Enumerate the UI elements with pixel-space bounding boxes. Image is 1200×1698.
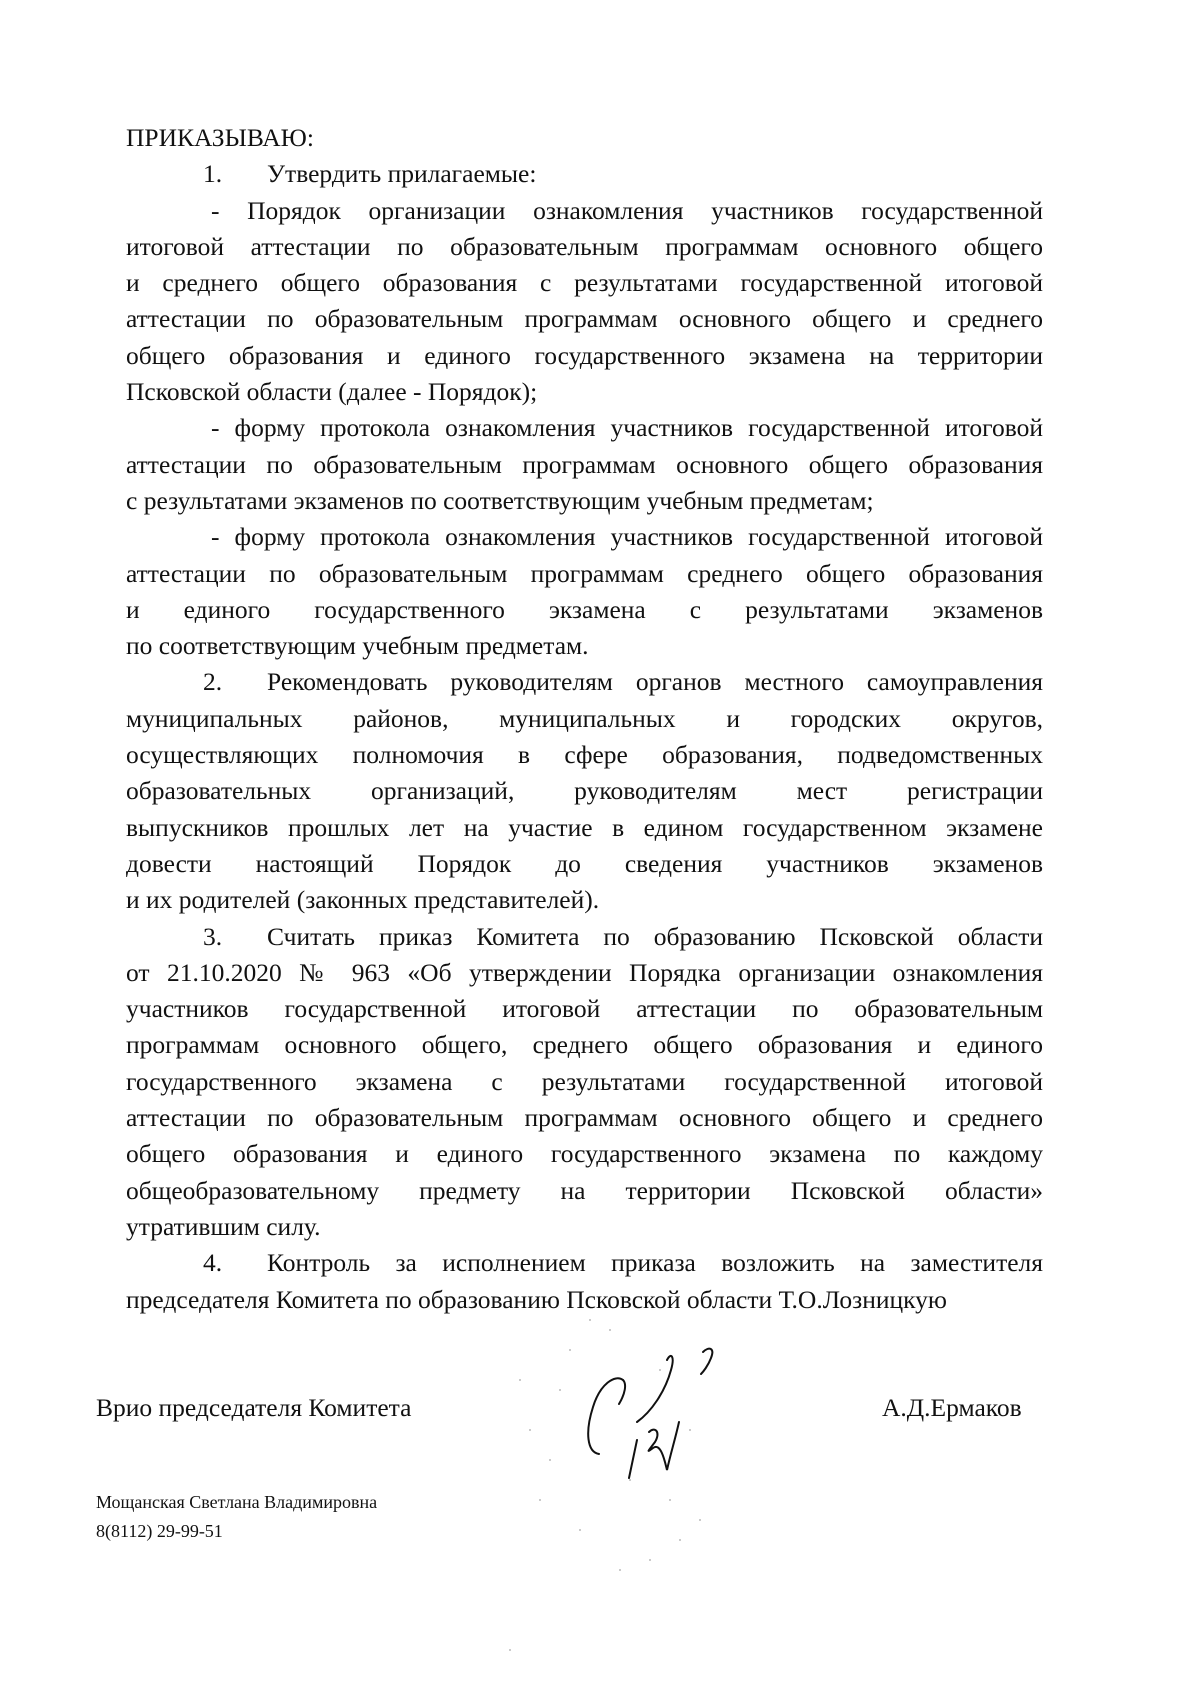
item-2-line: выпускников прошлых лет на участие в еди… (126, 810, 1043, 846)
item-1-line: и среднего общего образования с результа… (126, 265, 1043, 301)
item-1-line: Псковской области (далее - Порядок); (126, 374, 1043, 410)
item-1-line: - форму протокола ознакомления участнико… (126, 410, 1043, 446)
item-1-line: 1.Утвердить прилагаемые: (126, 156, 1043, 192)
order-heading: ПРИКАЗЫВАЮ: (126, 120, 1043, 156)
item-4-line: председателя Комитета по образованию Пск… (126, 1282, 1043, 1318)
item-2-line: осуществляющих полномочия в сфере образо… (126, 737, 1043, 773)
signatory-title: Врио председателя Комитета (96, 1393, 411, 1423)
item-2-line: 2.Рекомендовать руководителям органов ме… (126, 664, 1043, 700)
item-1-line: и единого государственного экзамена с ре… (126, 592, 1043, 628)
item-1-line: - Порядок организации ознакомления участ… (126, 193, 1043, 229)
item-2-line: довести настоящий Порядок до сведения уч… (126, 846, 1043, 882)
item-2-line: и их родителей (законных представителей)… (126, 882, 1043, 918)
item-3-line: от 21.10.2020 № 963 «Об утверждении Поря… (126, 955, 1043, 991)
item-3-line: программам основного общего, среднего об… (126, 1027, 1043, 1063)
item-number: 2. (203, 664, 267, 700)
item-number: 4. (203, 1245, 267, 1281)
item-2-line: муниципальных районов, муниципальных и г… (126, 701, 1043, 737)
item-number: 3. (203, 919, 267, 955)
item-3-line: аттестации по образовательным программам… (126, 1100, 1043, 1136)
order-body: ПРИКАЗЫВАЮ: 1.Утвердить прилагаемые: - П… (126, 120, 1043, 1318)
item-1-line: общего образования и единого государстве… (126, 338, 1043, 374)
item-3-line: общего образования и единого государстве… (126, 1136, 1043, 1172)
executor-name: Мощанская Светлана Владимировна (96, 1488, 377, 1517)
item-1-line: аттестации по образовательным программам… (126, 556, 1043, 592)
item-3-line: общеобразовательному предмету на террито… (126, 1173, 1043, 1209)
document-page: ПРИКАЗЫВАЮ: 1.Утвердить прилагаемые: - П… (0, 0, 1200, 1698)
item-1-line: с результатами экзаменов по соответствую… (126, 483, 1043, 519)
item-1-line: итоговой аттестации по образовательным п… (126, 229, 1043, 265)
signatory-name: А.Д.Ермаков (882, 1393, 1022, 1423)
item-number: 1. (203, 156, 267, 192)
item-3-line: участников государственной итоговой атте… (126, 991, 1043, 1027)
item-1-line: аттестации по образовательным программам… (126, 301, 1043, 337)
item-2-line: образовательных организаций, руководител… (126, 773, 1043, 809)
signature-mark-icon (575, 1322, 735, 1482)
item-1-line: аттестации по образовательным программам… (126, 447, 1043, 483)
executor-phone: 8(8112) 29-99-51 (96, 1517, 377, 1546)
item-4-line: 4.Контроль за исполнением приказа возлож… (126, 1245, 1043, 1281)
item-3-line: утратившим силу. (126, 1209, 1043, 1245)
executor-contact: Мощанская Светлана Владимировна 8(8112) … (96, 1488, 377, 1546)
item-3-line: 3.Считать приказ Комитета по образованию… (126, 919, 1043, 955)
item-1-line: по соответствующим учебным предметам. (126, 628, 1043, 664)
item-3-line: государственного экзамена с результатами… (126, 1064, 1043, 1100)
item-1-line: - форму протокола ознакомления участнико… (126, 519, 1043, 555)
